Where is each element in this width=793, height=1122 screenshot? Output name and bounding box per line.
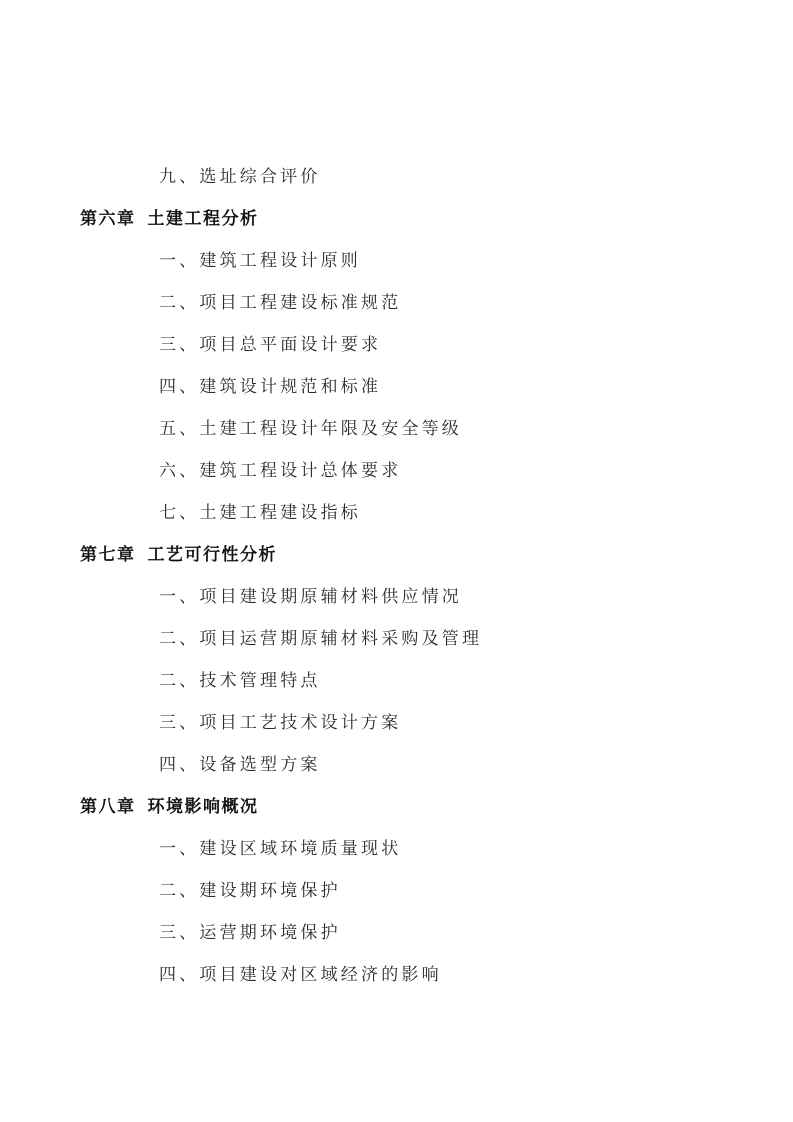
chapter-number: 第六章	[80, 204, 136, 234]
toc-chapter-heading: 第七章工艺可行性分析	[0, 540, 793, 582]
chapter-number: 第七章	[80, 540, 136, 570]
toc-item: 九、选址综合评价	[0, 162, 793, 204]
toc-item: 二、项目运营期原辅材料采购及管理	[0, 624, 793, 666]
toc-item: 三、项目工艺技术设计方案	[0, 708, 793, 750]
toc-item: 六、建筑工程设计总体要求	[0, 456, 793, 498]
toc-item: 四、设备选型方案	[0, 750, 793, 792]
toc-item: 二、技术管理特点	[0, 666, 793, 708]
toc-item: 四、项目建设对区域经济的影响	[0, 960, 793, 1002]
chapter-title: 环境影响概况	[148, 797, 259, 817]
toc-item: 一、项目建设期原辅材料供应情况	[0, 582, 793, 624]
document-page: 九、选址综合评价 第六章土建工程分析 一、建筑工程设计原则 二、项目工程建设标准…	[0, 0, 793, 1122]
chapter-title: 土建工程分析	[148, 209, 259, 229]
toc-chapter-heading: 第六章土建工程分析	[0, 204, 793, 246]
toc-item: 七、土建工程建设指标	[0, 498, 793, 540]
toc-item: 二、项目工程建设标准规范	[0, 288, 793, 330]
toc-item: 一、建设区域环境质量现状	[0, 834, 793, 876]
toc-item: 四、建筑设计规范和标准	[0, 372, 793, 414]
chapter-title: 工艺可行性分析	[148, 545, 278, 565]
toc-item: 三、运营期环境保护	[0, 918, 793, 960]
toc-item: 一、建筑工程设计原则	[0, 246, 793, 288]
chapter-number: 第八章	[80, 792, 136, 822]
toc-item: 五、土建工程设计年限及安全等级	[0, 414, 793, 456]
table-of-contents: 九、选址综合评价 第六章土建工程分析 一、建筑工程设计原则 二、项目工程建设标准…	[0, 162, 793, 1002]
toc-item: 二、建设期环境保护	[0, 876, 793, 918]
toc-item: 三、项目总平面设计要求	[0, 330, 793, 372]
toc-chapter-heading: 第八章环境影响概况	[0, 792, 793, 834]
